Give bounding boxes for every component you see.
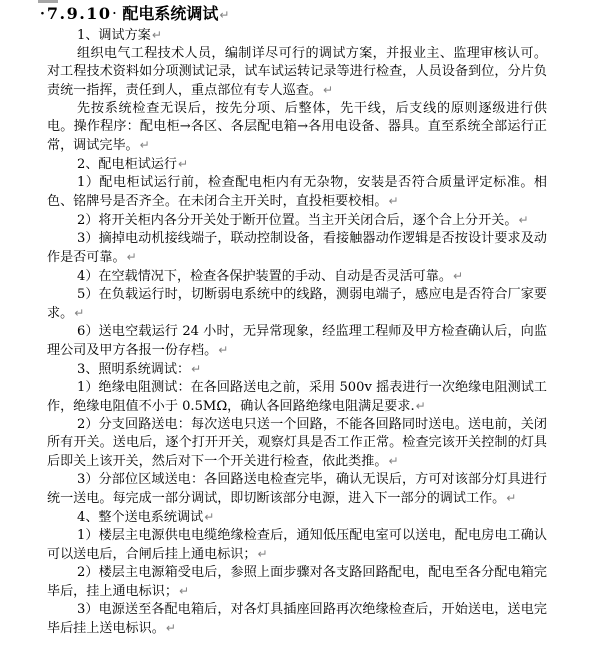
paragraph: 6）送电空载运行 24 小时，无异常现象，经监理工程师及甲方检查确认后，向监理公… xyxy=(47,323,547,360)
heading-bullet-icon: · xyxy=(40,6,45,22)
heading-number: 7.9.10 xyxy=(47,4,112,23)
paragraph: 3）摘掉电动机接线端子，联动控制设备，看接触器动作逻辑是否按设计要求及动作是否可… xyxy=(47,230,547,267)
paragraph: 3、照明系统调试：↵ xyxy=(47,360,547,379)
paragraph: 1）绝缘电阻测试：在各回路送电之前，采用 500v 摇表进行一次绝缘电阻测试工作… xyxy=(47,379,547,416)
paragraph-text: 2、配电柜试运行 xyxy=(77,157,177,172)
paragraph-mark-icon: ↵ xyxy=(505,491,516,505)
paragraph-text: 1）楼层主电源供电电缆绝缘检查后，通知低压配电室可以送电，配电房电工确认可以送电… xyxy=(47,528,547,562)
paragraph: 4、整个送电系统调试↵ xyxy=(47,508,547,527)
paragraph-text: 先按系统检查无误后，按先分项、后整体，先干线，后支线的原则逐级进行供电。操作程序… xyxy=(47,101,547,153)
paragraph-text: 1、调试方案 xyxy=(77,28,151,43)
paragraph: 3）分部位区域送电：各回路送电检查完毕，确认无误后，方可对该部分灯具进行统一送电… xyxy=(47,471,547,508)
paragraph: 1）配电柜试运行前，检查配电柜内有无杂物，安装是否符合质量评定标准。相色、铭牌号… xyxy=(47,174,547,211)
paragraph-mark-icon: ↵ xyxy=(190,362,201,376)
document-body: 1、调试方案↵组织电气工程技术人员，编制详尽可行的调试方案，并报业主、监理审核认… xyxy=(0,26,547,638)
paragraph-text: 组织电气工程技术人员，编制详尽可行的调试方案，并报业主、监理审核认可。对工程技术… xyxy=(47,46,547,98)
paragraph-mark-icon: ↵ xyxy=(139,138,150,152)
paragraph: 4）在空载情况下，检查各保护装置的手动、自动是否灵活可靠。↵ xyxy=(47,267,547,286)
paragraph: 2）将开关柜内各分开关处于断开位置。当主开关闭合后，逐个合上分开关。↵ xyxy=(47,211,547,230)
paragraph: 1、调试方案↵ xyxy=(47,26,547,45)
paragraph-mark-icon: ↵ xyxy=(517,213,528,227)
paragraph-text: 4、整个送电系统调试 xyxy=(77,510,203,525)
paragraph-mark-icon: ↵ xyxy=(257,547,268,561)
paragraph-text: 5）在负载运行时，切断弱电系统中的线路，测弱电端子，感应电是否符合厂家要求。 xyxy=(47,287,547,321)
paragraph-mark-icon: ↵ xyxy=(452,269,463,283)
paragraph-mark-icon: ↵ xyxy=(126,250,137,264)
paragraph-mark-icon: ↵ xyxy=(217,343,228,357)
document-page: ·7.9.10·配电系统调试↵ 1、调试方案↵组织电气工程技术人员，编制详尽可行… xyxy=(0,0,599,661)
paragraph-mark-icon: ↵ xyxy=(177,157,188,171)
paragraph-text: 4）在空载情况下，检查各保护装置的手动、自动是否灵活可靠。 xyxy=(77,269,452,284)
paragraph-mark-icon: ↵ xyxy=(203,510,214,524)
paragraph-mark-icon: ↵ xyxy=(73,306,84,320)
paragraph-mark-icon: ↵ xyxy=(387,454,398,468)
paragraph-mark-icon: ↵ xyxy=(415,399,426,413)
paragraph-text: 6）送电空载运行 24 小时，无异常现象，经监理工程师及甲方检查确认后，向监理公… xyxy=(47,324,547,358)
heading-separator-dot-icon: · xyxy=(113,7,117,20)
paragraph: 5）在负载运行时，切断弱电系统中的线路，测弱电端子，感应电是否符合厂家要求。↵ xyxy=(47,286,547,323)
paragraph-text: 2）分支回路送电：每次送电只送一个回路，不能各回路同时送电。送电前，关闭所有开关… xyxy=(47,417,547,469)
paragraph: 2）楼层主电源箱受电后，参照上面步骤对各支路回路配电，配电至各分配电箱完毕后，挂… xyxy=(47,564,547,601)
paragraph: 组织电气工程技术人员，编制详尽可行的调试方案，并报业主、监理审核认可。对工程技术… xyxy=(47,45,547,100)
paragraph-mark-icon: ↵ xyxy=(387,194,398,208)
paragraph-text: 3）摘掉电动机接线端子，联动控制设备，看接触器动作逻辑是否按设计要求及动作是否可… xyxy=(47,231,547,265)
paragraph-text: 1）配电柜试运行前，检查配电柜内有无杂物，安装是否符合质量评定标准。相色、铭牌号… xyxy=(47,175,547,209)
paragraph: 先按系统检查无误后，按先分项、后整体，先干线，后支线的原则逐级进行供电。操作程序… xyxy=(47,100,547,155)
paragraph-text: 3）电源送至各配电箱后，对各灯具插座回路再次绝缘检查后，开始送电，送电完毕后挂上… xyxy=(47,602,547,636)
section-heading: ·7.9.10·配电系统调试↵ xyxy=(0,0,599,26)
paragraph: 2、配电柜试运行↵ xyxy=(47,155,547,174)
heading-title: 配电系统调试 xyxy=(122,4,218,23)
paragraph-mark-icon: ↵ xyxy=(151,28,162,42)
paragraph: 3）电源送至各配电箱后，对各灯具插座回路再次绝缘检查后，开始送电，送电完毕后挂上… xyxy=(47,601,547,638)
paragraph-text: 3）分部位区域送电：各回路送电检查完毕，确认无误后，方可对该部分灯具进行统一送电… xyxy=(47,472,547,506)
top-edge-mark xyxy=(38,0,58,3)
paragraph-mark-icon: ↵ xyxy=(322,83,333,97)
paragraph-text: 1）绝缘电阻测试：在各回路送电之前，采用 500v 摇表进行一次绝缘电阻测试工作… xyxy=(47,380,547,414)
paragraph-mark-icon: ↵ xyxy=(178,584,189,598)
paragraph: 2）分支回路送电：每次送电只送一个回路，不能各回路同时送电。送电前，关闭所有开关… xyxy=(47,416,547,471)
paragraph-text: 3、照明系统调试： xyxy=(77,362,190,377)
paragraph-mark-icon: ↵ xyxy=(218,8,229,22)
paragraph: 1）楼层主电源供电电缆绝缘检查后，通知低压配电室可以送电，配电房电工确认可以送电… xyxy=(47,527,547,564)
paragraph-text: 2）楼层主电源箱受电后，参照上面步骤对各支路回路配电，配电至各分配电箱完毕后，挂… xyxy=(47,565,547,599)
paragraph-text: 2）将开关柜内各分开关处于断开位置。当主开关闭合后，逐个合上分开关。 xyxy=(77,213,517,228)
paragraph-mark-icon: ↵ xyxy=(165,621,176,635)
